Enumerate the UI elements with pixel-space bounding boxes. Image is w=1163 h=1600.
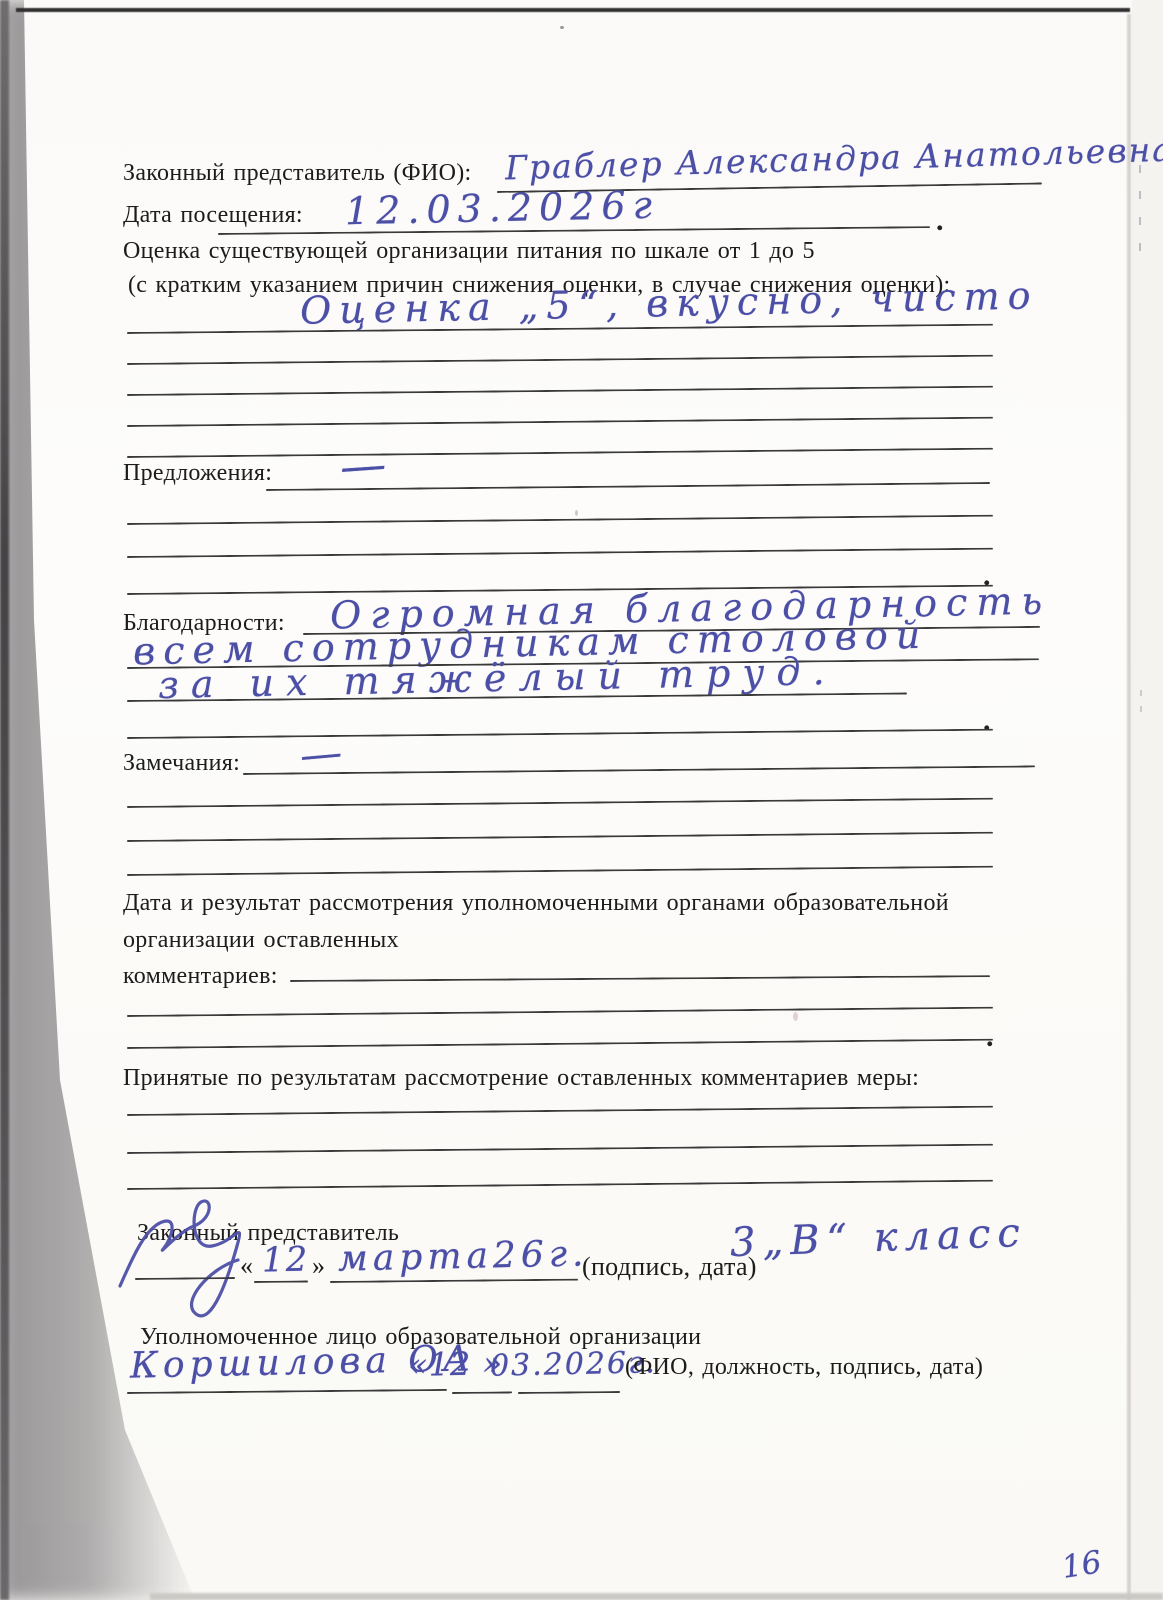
scan-speck: [575, 510, 578, 516]
review-text-line3: комментариев:: [123, 961, 278, 991]
remarks-handwritten-dash: —: [298, 731, 344, 777]
ruled-line: [127, 798, 993, 808]
legal-representative-label: Законный представитель (ФИО):: [123, 158, 471, 188]
suggestions-handwritten-dash: —: [338, 440, 387, 489]
fill-line: [243, 765, 1035, 775]
measures-label: Принятые по результатам рассмотрение ост…: [123, 1063, 919, 1093]
ruled-line: [127, 355, 993, 365]
top-scan-edge: [16, 8, 1130, 12]
ruled-line: [127, 1144, 993, 1154]
ruled-line: [127, 1039, 993, 1049]
printed-period: .: [936, 206, 944, 236]
rating-scale-title: Оценка существующей организации питания …: [123, 236, 815, 266]
scan-artifact-dashes: [1139, 165, 1141, 265]
quote-close: »: [312, 1250, 325, 1283]
right-page-edge: [1127, 14, 1131, 1600]
remarks-label: Замечания:: [123, 748, 240, 778]
ruled-line: [127, 1106, 993, 1116]
ruled-line: [127, 729, 993, 739]
printed-period: .: [986, 1022, 994, 1052]
scan-speck: [560, 26, 564, 29]
quote-open: «: [240, 1250, 253, 1283]
legal-rep-day-handwritten: 12: [262, 1243, 310, 1278]
ruled-line: [127, 1007, 993, 1017]
fill-line: [518, 1391, 620, 1394]
fill-line: [330, 1279, 578, 1283]
printed-period: .: [983, 706, 991, 736]
fill-line: [290, 975, 990, 982]
fill-line: [452, 1391, 512, 1394]
class-note-handwritten: 3„В“ класс: [729, 1213, 1027, 1263]
ruled-line: [127, 448, 993, 458]
visit-date-label: Дата посещения:: [123, 200, 303, 230]
authorized-caption: (ФИО, должность, подпись, дата): [625, 1352, 983, 1382]
right-scan-margin: [1132, 0, 1163, 1600]
ruled-line: [127, 515, 993, 525]
scanned-feedback-form-page: Законный представитель (ФИО): Граблер Ал…: [0, 0, 1163, 1600]
scan-speck: [793, 1012, 798, 1021]
left-scan-edge: [0, 0, 9, 1600]
legal-representative-handwritten-value: Граблер Александра Анатольевна: [505, 133, 1163, 185]
ruled-line: [127, 548, 993, 558]
page-number-handwritten: 16: [1060, 1547, 1104, 1584]
ruled-line: [127, 866, 993, 876]
ruled-line: [127, 832, 993, 842]
review-text-line2: организации оставленных: [123, 925, 399, 955]
bottom-scan-edge: [150, 1593, 1163, 1600]
suggestions-label: Предложения:: [123, 458, 272, 488]
fill-line: [127, 1389, 447, 1394]
scan-artifact-dashes: [1140, 690, 1142, 716]
legal-rep-month-handwritten: марта26г.: [338, 1236, 589, 1277]
ruled-line: [127, 417, 993, 427]
review-text-line1: Дата и результат рассмотрения уполномоче…: [123, 888, 949, 918]
visit-date-handwritten-value: 12.03.2026г: [345, 186, 660, 231]
ruled-line: [127, 386, 993, 396]
